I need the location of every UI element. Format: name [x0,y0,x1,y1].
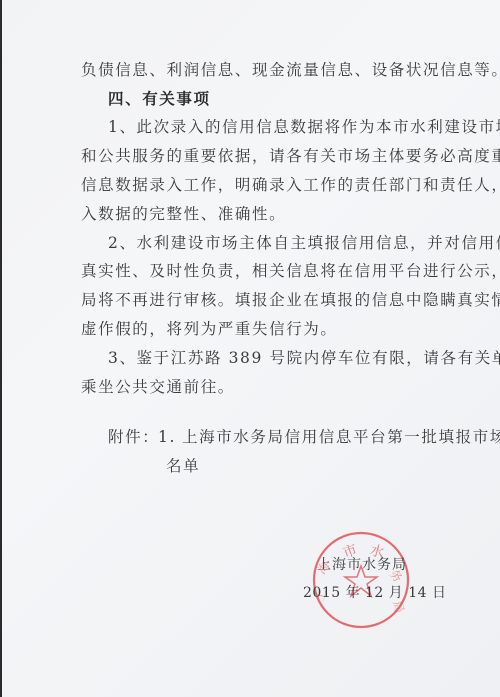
attachment-item: 上海市水务局信用信息平台第一批填报市场主体 [182,427,500,447]
attachment-item-cont: 名单 [166,456,200,476]
body-line-item2-c: 局将不再进行审核。填报企业在填报的信息中隐瞒真实情况、弄 [81,290,500,310]
body-line-item1-b: 和公共服务的重要依据，请各有关市场主体要务必高度重视信用 [81,146,500,166]
body-line-item2-a: 2、水利建设市场主体自主填报信用信息，并对信用信息的 [108,233,500,253]
attachment-number: 1. [158,427,176,447]
body-line-item3-a: 3、鉴于江苏路 389 号院内停车位有限，请各有关单位尽量 [108,348,500,368]
body-line-item2-d: 虚作假的，将列为严重失信行为。 [81,319,338,339]
attachment-label: 附件： [108,427,159,447]
body-line-item1-a: 1、此次录入的信用信息数据将作为本市水利建设市场监管 [108,117,500,137]
issue-date: 2015 年 12 月 14 日 [303,583,447,603]
body-line-1: 负债信息、利润信息、现金流量信息、设备状况信息等。 [81,60,500,80]
scan-edge [0,0,2,697]
body-line-item2-b: 真实性、及时性负责，相关信息将在信用平台进行公示，市水务 [81,261,500,281]
body-line-item1-c: 信息数据录入工作，明确录入工作的责任部门和责任人，保证录 [81,175,500,195]
section-heading: 四、有关事项 [108,89,211,109]
issuer-name: 上海市水务局 [317,555,407,575]
body-line-item1-d: 入数据的完整性、准确性。 [81,204,286,224]
body-line-item3-b: 乘坐公共交通前往。 [81,377,235,397]
document-page: 负债信息、利润信息、现金流量信息、设备状况信息等。 四、有关事项 1、此次录入的… [0,0,500,697]
official-seal-icon: 市 水 海 务 上 局 [311,530,411,630]
